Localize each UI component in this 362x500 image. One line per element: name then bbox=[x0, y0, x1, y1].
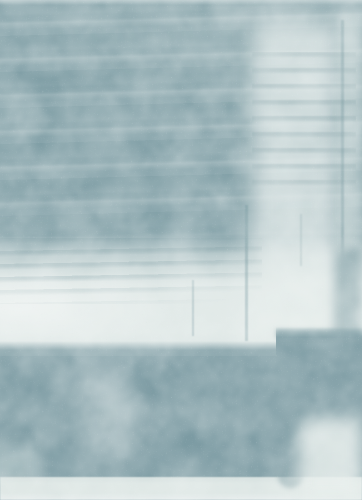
rug-photo bbox=[0, 0, 362, 500]
rug-vertical-grid-line bbox=[341, 20, 344, 256]
rug-thread-line bbox=[245, 205, 248, 341]
rug-middle-light-band bbox=[0, 236, 362, 356]
rug-thread-line bbox=[300, 214, 302, 266]
rug-thread-line bbox=[192, 280, 194, 336]
coarse-mottle-noise bbox=[0, 0, 362, 500]
rug-bottom-strip bbox=[0, 477, 362, 500]
rug-horizontal-streaks bbox=[0, 0, 362, 272]
rug-grid-dashes bbox=[252, 52, 356, 188]
rug-bottom-block bbox=[0, 341, 294, 500]
rug-dark-tuft bbox=[278, 466, 304, 488]
fine-dark-speckle bbox=[0, 0, 362, 500]
rug-bottom-step-block bbox=[276, 327, 362, 500]
rug-right-dark-column bbox=[334, 248, 362, 344]
rug-upper-right-wash bbox=[252, 24, 336, 346]
grain-texture-svg bbox=[0, 0, 362, 500]
rug-light-plume bbox=[76, 370, 138, 458]
rug-band-streaks bbox=[0, 238, 262, 304]
rug-step-shadow-edge bbox=[276, 329, 362, 338]
fine-light-speckle bbox=[0, 0, 362, 500]
rug-bottom-right-light-corner bbox=[298, 418, 362, 500]
rug-right-edge-wash bbox=[338, 14, 362, 252]
rug-bottom-left-wash bbox=[0, 446, 38, 490]
